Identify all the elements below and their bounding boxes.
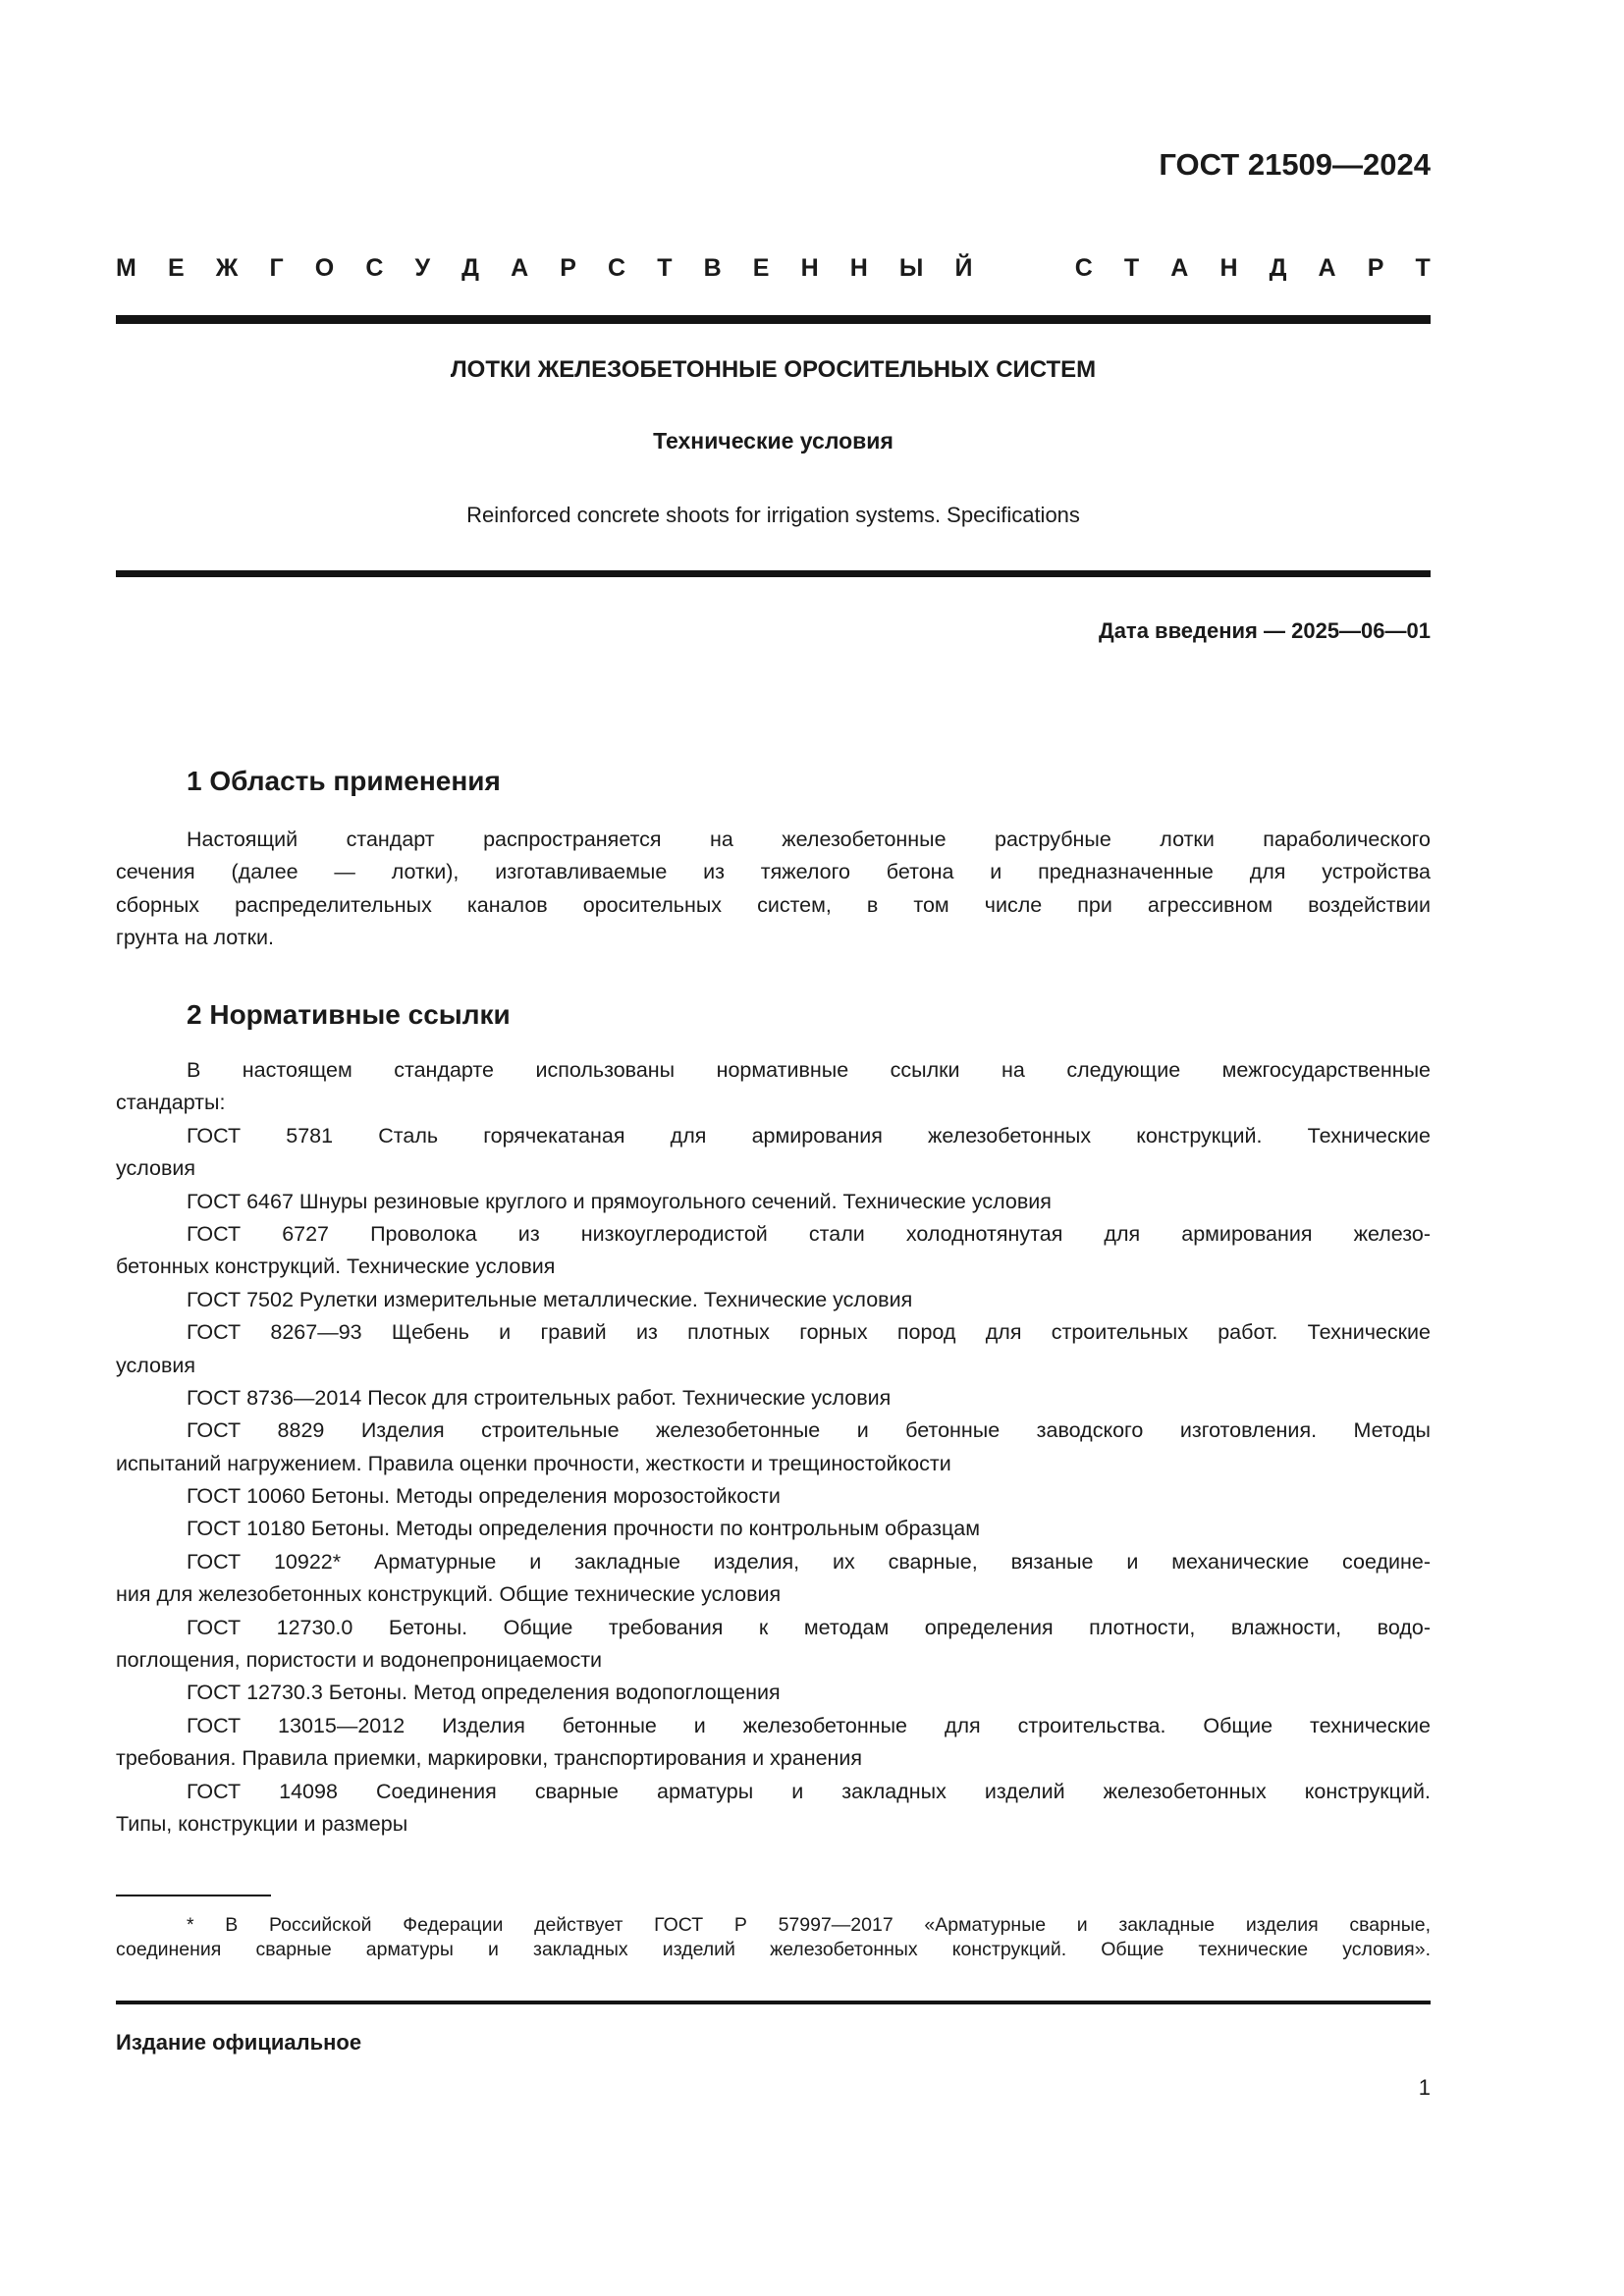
- text-line: поглощения, пористости и водонепроницаем…: [116, 1644, 1431, 1677]
- banner-letter: Н: [801, 253, 819, 283]
- text-line: ГОСТ 8829 Изделия строительные железобет…: [116, 1415, 1431, 1447]
- banner-letter: С: [1075, 253, 1093, 283]
- banner-letter: С: [608, 253, 625, 283]
- banner-letter: Д: [1270, 253, 1287, 283]
- text-line: требования. Правила приемки, маркировки,…: [116, 1742, 1431, 1775]
- banner-letter: Е: [168, 253, 185, 283]
- text-line: В настоящем стандарте использованы норма…: [116, 1054, 1431, 1087]
- text-line: * В Российской Федерации действует ГОСТ …: [116, 1913, 1431, 1938]
- text-line: ГОСТ 6467 Шнуры резиновые круглого и пря…: [116, 1186, 1431, 1218]
- text-line: ГОСТ 7502 Рулетки измерительные металлич…: [116, 1284, 1431, 1316]
- title-rule: [116, 570, 1431, 577]
- banner-letter: Т: [1416, 253, 1431, 283]
- introduction-date: Дата введения — 2025—06—01: [884, 616, 1431, 646]
- section-heading-references: 2 Нормативные ссылки: [187, 998, 511, 1032]
- banner-letter: Ы: [899, 253, 923, 283]
- text-line: ГОСТ 13015—2012 Изделия бетонные и желез…: [116, 1710, 1431, 1742]
- banner-letter: А: [1170, 253, 1188, 283]
- footer-rule: [116, 2001, 1431, 2004]
- text-line: ГОСТ 12730.3 Бетоны. Метод определения в…: [116, 1677, 1431, 1709]
- standard-type-banner: МЕЖГОСУДАРСТВЕННЫЙСТАНДАРТ: [116, 253, 1431, 283]
- banner-letter: У: [414, 253, 430, 283]
- banner-letter: Ж: [216, 253, 239, 283]
- text-line: ГОСТ 14098 Соединения сварные арматуры и…: [116, 1776, 1431, 1808]
- banner-letter: Т: [657, 253, 672, 283]
- page-number: 1: [1375, 2073, 1431, 2103]
- banner-letter: Р: [1368, 253, 1384, 283]
- text-line: ГОСТ 6727 Проволока из низкоуглеродистой…: [116, 1218, 1431, 1251]
- footnote-separator: [116, 1895, 271, 1896]
- text-line: сборных распределительных каналов оросит…: [116, 889, 1431, 922]
- banner-letter: С: [365, 253, 383, 283]
- text-line: испытаний нагружением. Правила оценки пр…: [116, 1448, 1431, 1480]
- banner-letter: Т: [1124, 253, 1139, 283]
- document-title-english: Reinforced concrete shoots for irrigatio…: [116, 501, 1431, 530]
- text-line: стандарты:: [116, 1087, 1431, 1119]
- text-line: ГОСТ 12730.0 Бетоны. Общие требования к …: [116, 1612, 1431, 1644]
- document-title: ЛОТКИ ЖЕЛЕЗОБЕТОННЫЕ ОРОСИТЕЛЬНЫХ СИСТЕМ: [116, 355, 1431, 385]
- text-line: условия: [116, 1152, 1431, 1185]
- document-number: ГОСТ 21509—2024: [1080, 145, 1431, 185]
- section-body-references: В настоящем стандарте использованы норма…: [116, 1054, 1431, 1841]
- text-line: Типы, конструкции и размеры: [116, 1808, 1431, 1841]
- banner-letter: Й: [955, 253, 973, 283]
- banner-letter: В: [704, 253, 722, 283]
- banner-letter: Е: [753, 253, 770, 283]
- section-body-scope: Настоящий стандарт распространяется на ж…: [116, 824, 1431, 955]
- header-rule: [116, 315, 1431, 324]
- edition-label: Издание официальное: [116, 2028, 361, 2057]
- text-line: бетонных конструкций. Технические услови…: [116, 1251, 1431, 1283]
- text-line: ГОСТ 10180 Бетоны. Методы определения пр…: [116, 1513, 1431, 1545]
- text-line: ния для железобетонных конструкций. Общи…: [116, 1578, 1431, 1611]
- banner-letter: А: [1319, 253, 1336, 283]
- banner-letter: Г: [269, 253, 283, 283]
- document-subtitle: Технические условия: [116, 426, 1431, 455]
- text-line: грунта на лотки.: [116, 922, 1431, 954]
- banner-letter: М: [116, 253, 136, 283]
- banner-letter: О: [315, 253, 334, 283]
- text-line: ГОСТ 10060 Бетоны. Методы определения мо…: [116, 1480, 1431, 1513]
- text-line: ГОСТ 10922* Арматурные и закладные издел…: [116, 1546, 1431, 1578]
- text-line: ГОСТ 8736—2014 Песок для строительных ра…: [116, 1382, 1431, 1415]
- banner-letter: А: [511, 253, 528, 283]
- text-line: соединения сварные арматуры и закладных …: [116, 1938, 1431, 1962]
- footnote: * В Российской Федерации действует ГОСТ …: [116, 1913, 1431, 1962]
- banner-letter: Д: [461, 253, 479, 283]
- banner-letter: Н: [1219, 253, 1237, 283]
- text-line: условия: [116, 1350, 1431, 1382]
- text-line: сечения (далее — лотки), изготавливаемые…: [116, 856, 1431, 888]
- text-line: Настоящий стандарт распространяется на ж…: [116, 824, 1431, 856]
- banner-letter: Р: [560, 253, 576, 283]
- text-line: ГОСТ 5781 Сталь горячекатаная для армиро…: [116, 1120, 1431, 1152]
- text-line: ГОСТ 8267—93 Щебень и гравий из плотных …: [116, 1316, 1431, 1349]
- section-heading-scope: 1 Область применения: [187, 765, 501, 798]
- banner-letter: Н: [850, 253, 868, 283]
